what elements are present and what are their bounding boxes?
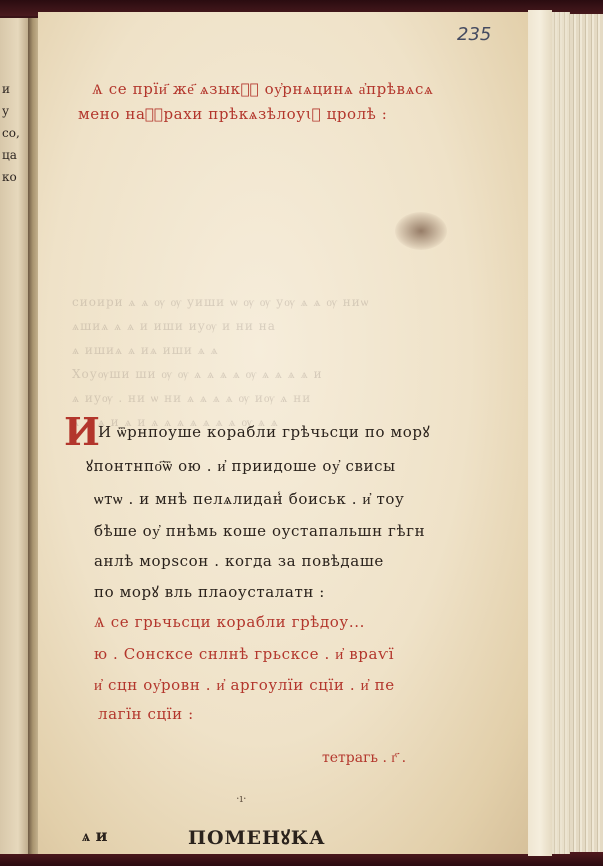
page-stack-edge [552,12,570,854]
manuscript-photo: и у со, ца ко 235 Ѧ се прїи҃ же҃ ѧзыкѡⷨ … [0,0,603,866]
rubric-line: Ѧ се грьчьсци корабли грѣдоу... [94,613,365,632]
quire-signature: тетрагь . г҃ . [322,750,406,767]
bleed-line: ѧшиѧ ѧ ѧ и иши иуѹ и ни на [72,314,452,338]
rubric-line: ю . Сонсксе снлнѣ грьсксе . и҆ враѵї [94,645,394,664]
text-line: анлѣ морѕсон . когда за повѣдаше [94,552,384,570]
decorated-initial: И [64,412,100,452]
text-line: по морꙋ вль плаоусталатн : [94,582,325,602]
facing-fragment: со, [2,122,28,144]
ink-stain [395,212,447,250]
text-line: ѡтѡ . и мнѣ пелѧлидан̾ боиськ . и҆ тоу [94,490,404,509]
bleed-line: сиоири ѧ ѧ ѹ ѹ уиши ѡ ѹ ѹ уѹ ѧ ѧ ѹ ниѡ [72,290,452,314]
facing-fragment: у [2,100,28,122]
text-line: ꙋпонтнпо҃ѿ ою . и҆ приидоше оу҆ свисы [86,456,396,476]
bleed-line: Хоуѹши ши ѹ ѹ ѧ ѧ ѧ ѧ ѹ ѧ ѧ ѧ ѧ и [72,362,452,386]
bleed-line: ѧ иуѹ . ни ѡ ни ѧ ѧ ѧ ѧ ѹ иѹ ѧ ни [72,386,452,410]
bottom-margin-mark: ѧ и [82,826,107,846]
rubric-line: и҆ сцн оу҆ровн . и҆ аргоулїи сцїи . и҆ п… [94,676,395,695]
rubric-line: лагїн сцїи : [98,705,194,723]
text-line: И ѿрнпоуше корабли грѣчьсци по морꙋ [98,422,430,442]
facing-fragment: ца [2,144,28,166]
faint-mark: ·ı· [236,792,247,805]
text-line: бѣше оу҆ пнѣмь коше оустапальшн гѣгн [94,522,425,541]
facing-page-text: и у со, ца ко [2,78,28,188]
header-rubric-line: Ѧ се прїи҃ же҃ ѧзыкѡⷨ оу҆рнѧцинѧ а҆прѣвѧ… [92,80,433,99]
bleed-through-text: сиоири ѧ ѧ ѹ ѹ уиши ѡ ѹ ѹ уѹ ѧ ѧ ѹ ниѡ ѧ… [72,290,452,434]
folio-number: 235 [457,24,491,45]
facing-fragment: ко [2,166,28,188]
page-stack-edge-outer [570,14,603,852]
facing-fragment: и [2,78,28,100]
header-rubric-line: мено наⷱ҇рахи прѣкѧзѣлоуꙇⷨ цролѣ : [78,105,387,124]
page-fore-edge [528,10,552,856]
bleed-line: ѧ ишиѧ ѧ иѧ иши ѧ ѧ [72,338,452,362]
bottom-margin-label: ПОМЕНꙋКА [188,824,326,850]
